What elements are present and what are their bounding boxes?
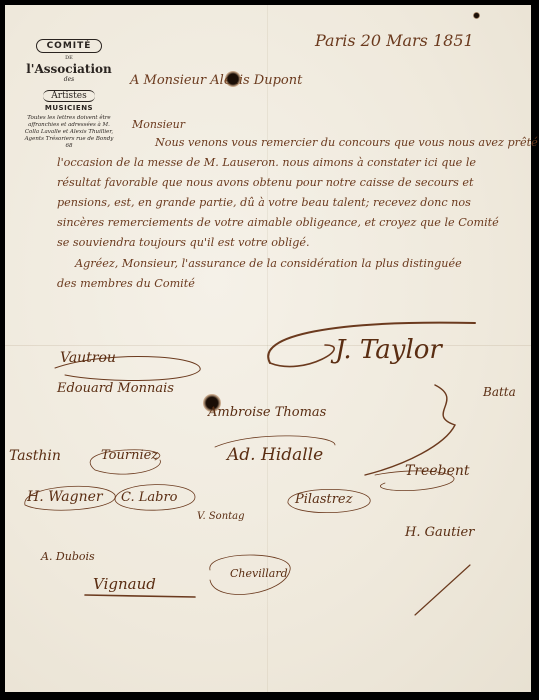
signature: Tasthin [9, 448, 61, 464]
signature: Batta [483, 385, 516, 399]
signature: Treebent [405, 463, 470, 479]
signature: C. Labro [121, 490, 178, 505]
signature: Ambroise Thomas [208, 405, 326, 420]
signature: Pilastrez [295, 492, 352, 507]
signature: Tourniez [101, 448, 158, 463]
signature: A. Dubois [41, 550, 95, 563]
signature: V. Sontag [197, 511, 245, 522]
signature: Ad. Hidalle [227, 445, 323, 465]
letter-page: COMITÉ DE l'Association des Artistes MUS… [5, 5, 531, 692]
signature: Vignaud [93, 575, 156, 593]
signature: J. Taylor [335, 335, 442, 365]
signature: Edouard Monnais [57, 381, 174, 396]
signature: Vautrou [60, 350, 116, 366]
signature: Chevillard [230, 567, 288, 580]
signature-flourishes [5, 5, 531, 692]
signature: H. Wagner [27, 489, 103, 505]
signature: H. Gautier [405, 525, 474, 540]
